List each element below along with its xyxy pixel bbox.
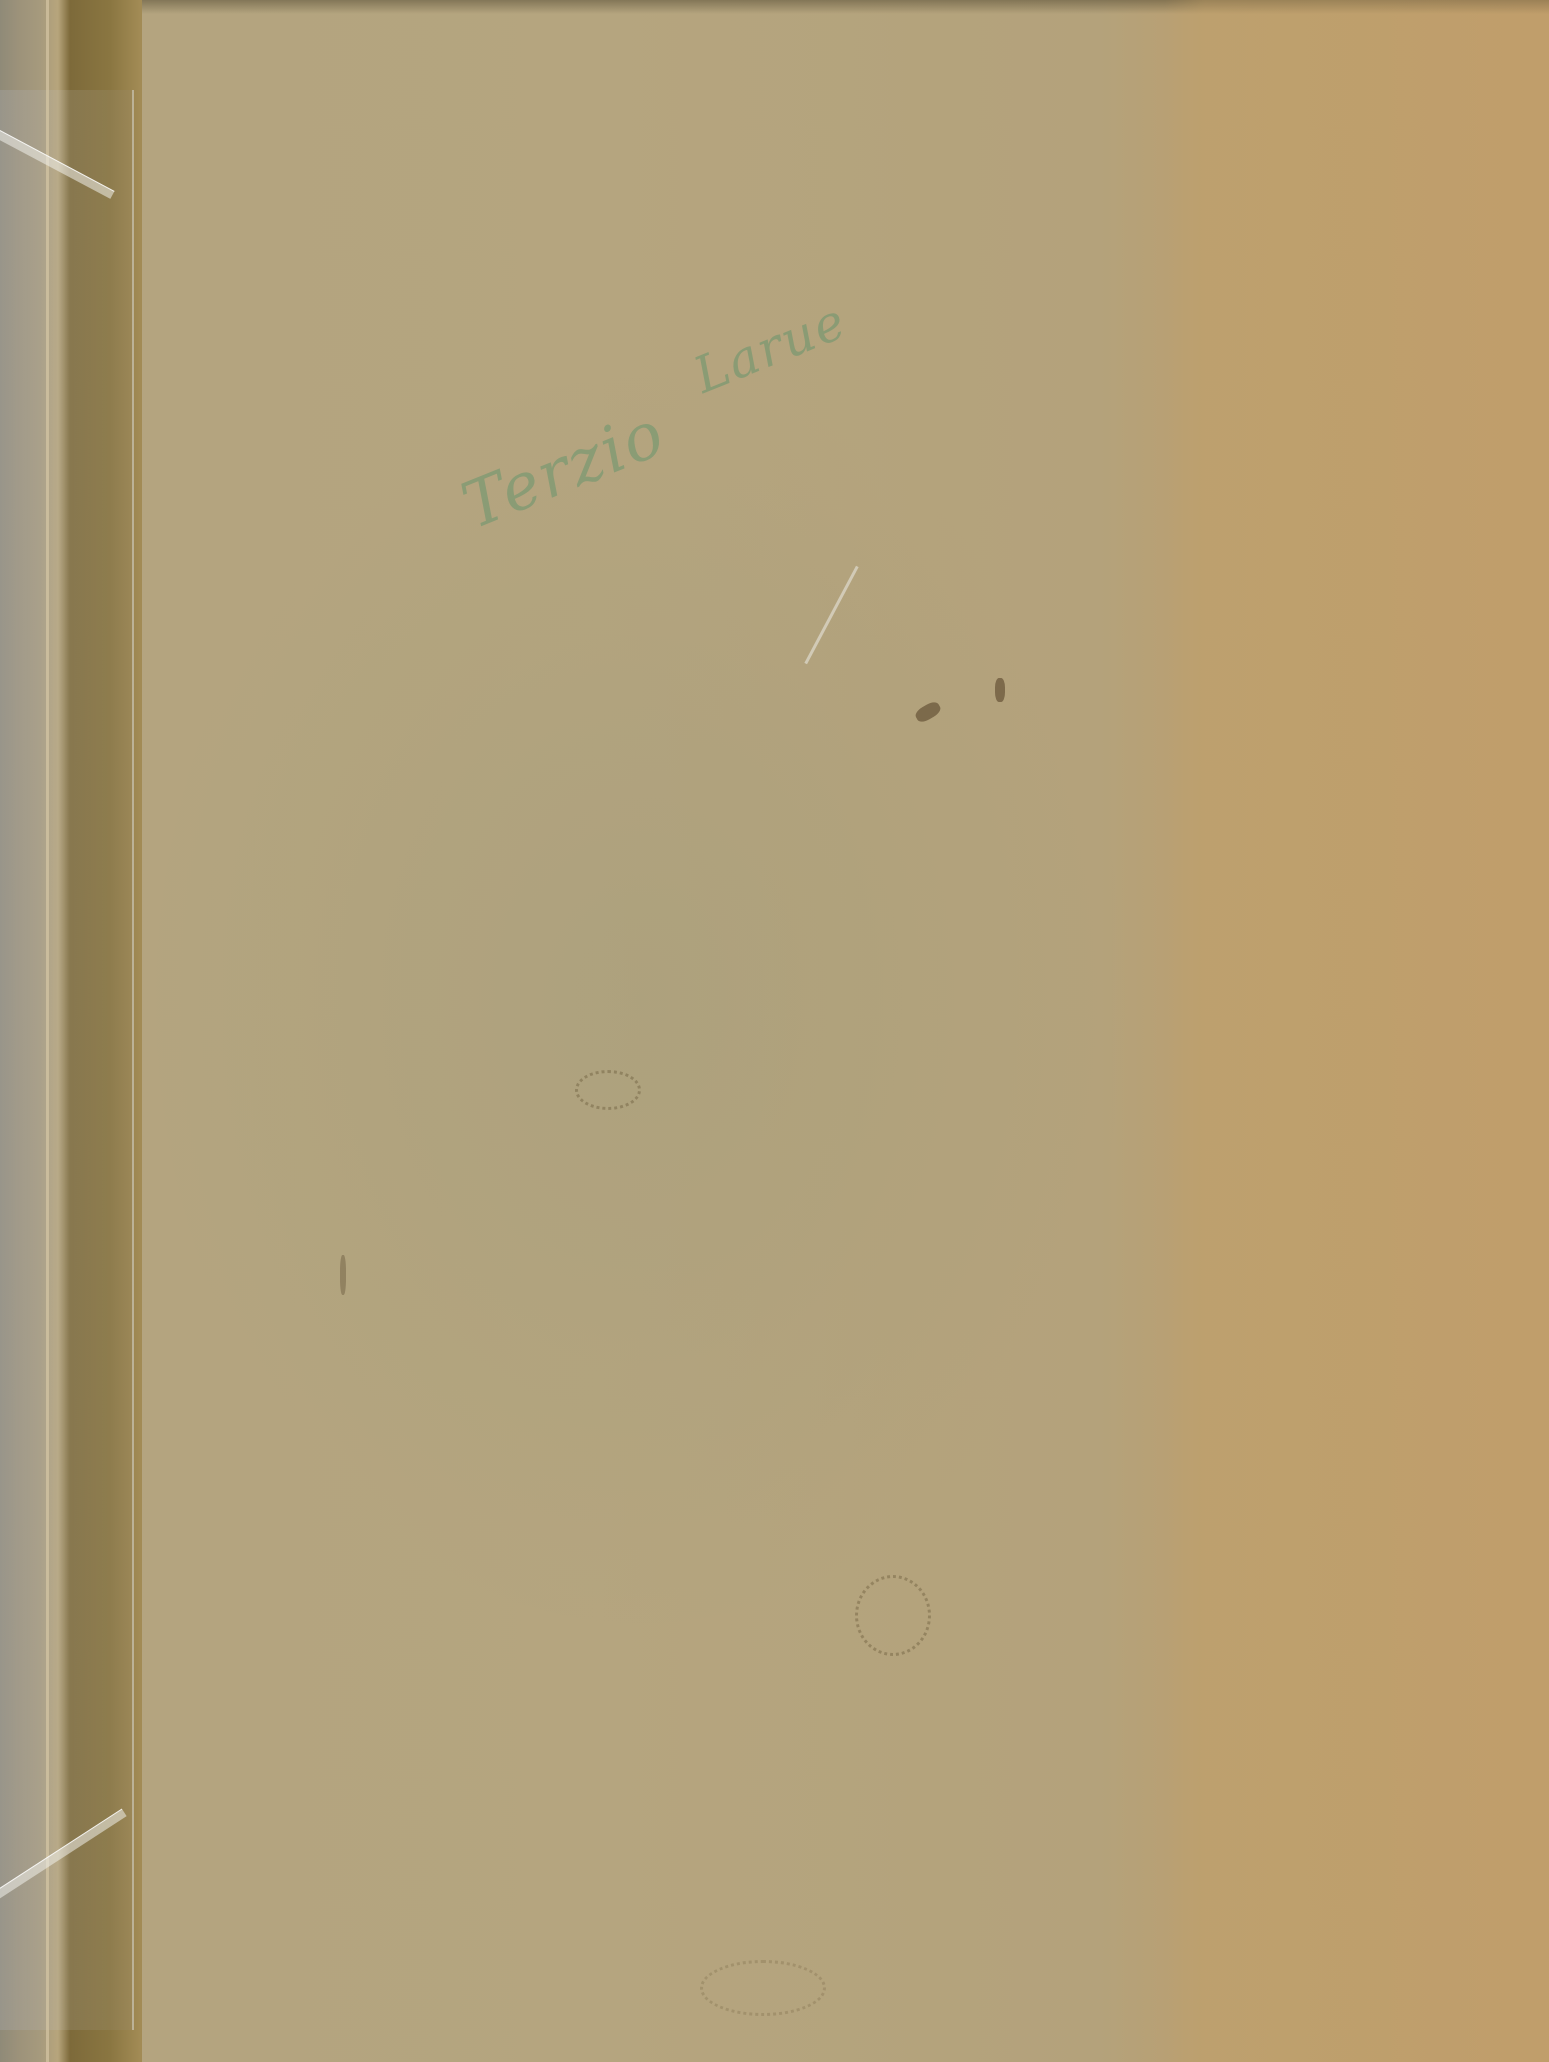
- scratch-mark: [804, 566, 858, 665]
- stain: [855, 1575, 931, 1656]
- handwriting-line-1: Terzio: [452, 396, 675, 544]
- stain: [700, 1960, 826, 2016]
- ink-spot: [340, 1255, 346, 1295]
- book-cover: Terzio Larue: [0, 0, 1549, 2062]
- spine-crease: [46, 0, 49, 2062]
- handwritten-inscription: Terzio Larue: [452, 317, 871, 544]
- ink-spot: [995, 678, 1005, 702]
- cover-right-panel: [1165, 0, 1549, 2062]
- stain: [575, 1070, 641, 1110]
- handwriting-line-2: Larue: [686, 291, 855, 404]
- spine-tape: [0, 90, 134, 2030]
- ink-spot: [913, 699, 943, 724]
- taped-spine: [0, 0, 142, 2062]
